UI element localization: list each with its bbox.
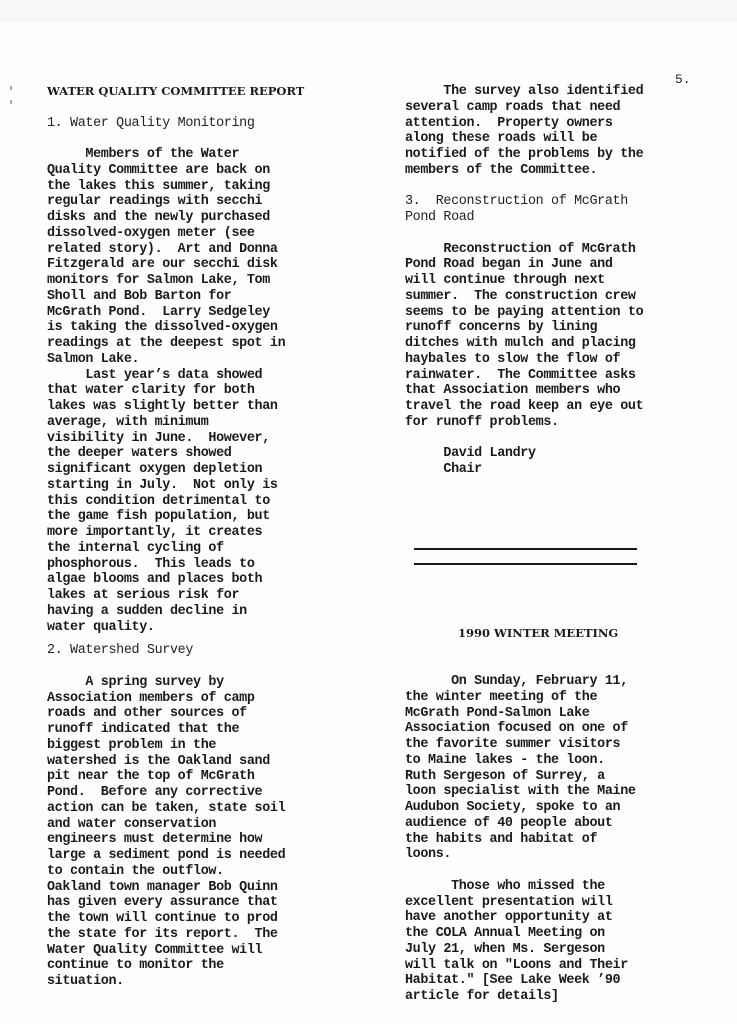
text-line: Audubon Society, spoke to an	[405, 800, 735, 816]
text-line: have another opportunity at	[405, 910, 735, 926]
text-line: roads and other sources of	[47, 706, 377, 722]
text-line: audience of 40 people about	[405, 816, 735, 832]
text-line: pit near the top of McGrath	[47, 769, 377, 785]
reconstruction-paragraph: Reconstruction of McGrathPond Road began…	[405, 242, 735, 431]
text-line: watershed is the Oakland sand	[47, 754, 377, 770]
text-line: haybales to slow the flow of	[405, 352, 735, 368]
text-line: On Sunday, February 11,	[405, 674, 735, 690]
text-line: to Maine lakes - the loon.	[405, 753, 735, 769]
section-heading-reconstruction: 3. Reconstruction of McGrathPond Road	[405, 194, 735, 226]
report-title: WATER QUALITY COMMITTEE REPORT	[47, 84, 377, 100]
monitoring-paragraph-2: Last year’s data showedthat water clarit…	[47, 368, 377, 636]
text-line: Association members of camp	[47, 691, 377, 707]
meeting-paragraph-1: On Sunday, February 11,the winter meetin…	[405, 674, 735, 863]
text-line: attention. Property owners	[405, 116, 735, 132]
text-line: McGrath Pond-Salmon Lake	[405, 706, 735, 722]
watershed-paragraph-2: The survey also identifiedseveral camp r…	[405, 84, 735, 179]
text-line: situation.	[47, 974, 377, 990]
newsletter-page: 5. WATER QUALITY COMMITTEE REPORT 1. Wat…	[0, 22, 737, 1024]
text-line: starting in July. Not only is	[47, 478, 377, 494]
text-line: runoff indicated that the	[47, 722, 377, 738]
section-heading-watershed: 2. Watershed Survey	[47, 643, 377, 659]
text-line: the state for its report. The	[47, 927, 377, 943]
text-line: loon specialist with the Maine	[405, 784, 735, 800]
winter-meeting-body: On Sunday, February 11,the winter meetin…	[405, 674, 735, 1005]
text-line: several camp roads that need	[405, 100, 735, 116]
text-line: A spring survey by	[47, 675, 377, 691]
text-line: the habits and habitat of	[405, 832, 735, 848]
text-line: monitors for Salmon Lake, Tom	[47, 273, 377, 289]
text-line: the internal cycling of	[47, 541, 377, 557]
left-column: WATER QUALITY COMMITTEE REPORT 1. Water …	[47, 84, 377, 990]
text-line: members of the Committee.	[405, 163, 735, 179]
text-line: Reconstruction of McGrath	[405, 242, 735, 258]
text-line: Water Quality Committee will	[47, 943, 377, 959]
text-line: Sholl and Bob Barton for	[47, 289, 377, 305]
text-line: July 21, when Ms. Sergeson	[405, 942, 735, 958]
watershed-paragraph-1: A spring survey byAssociation members of…	[47, 675, 377, 990]
text-line: Oakland town manager Bob Quinn	[47, 880, 377, 896]
text-line: and water conservation	[47, 817, 377, 833]
text-line: has given every assurance that	[47, 895, 377, 911]
text-line: notified of the problems by the	[405, 147, 735, 163]
text-line: that Association members who	[405, 383, 735, 399]
text-line: loons.	[405, 847, 735, 863]
text-line: biggest problem in the	[47, 738, 377, 754]
text-line: The survey also identified	[405, 84, 735, 100]
text-line: this condition detrimental to	[47, 494, 377, 510]
text-line: seems to be paying attention to	[405, 305, 735, 321]
text-line: will talk on "Loons and Their	[405, 958, 735, 974]
text-line: Members of the Water	[47, 147, 377, 163]
divider-rule-top	[414, 548, 637, 550]
text-line: lakes was slightly better than	[47, 399, 377, 415]
text-line: the deeper waters showed	[47, 446, 377, 462]
text-line: lakes at serious risk for	[47, 588, 377, 604]
monitoring-paragraph-1: Members of the WaterQuality Committee ar…	[47, 147, 377, 368]
text-line: action can be taken, state soil	[47, 801, 377, 817]
text-line: having a sudden decline in	[47, 604, 377, 620]
text-line: large a sediment pond is needed	[47, 848, 377, 864]
text-line: average, with minimum	[47, 415, 377, 431]
text-line: along these roads will be	[405, 131, 735, 147]
text-line: excellent presentation will	[405, 895, 735, 911]
text-line: continue to monitor the	[47, 958, 377, 974]
text-line: travel the road keep an eye out	[405, 399, 735, 415]
text-line: Pond Road	[405, 210, 735, 226]
right-column: The survey also identifiedseveral camp r…	[405, 84, 735, 478]
text-line: for runoff problems.	[405, 415, 735, 431]
text-line: the town will continue to prod	[47, 911, 377, 927]
text-line: Ruth Sergeson of Surrey, a	[405, 769, 735, 785]
text-line: summer. The construction crew	[405, 289, 735, 305]
text-line: the favorite summer visitors	[405, 737, 735, 753]
text-line: article for details]	[405, 989, 735, 1005]
text-line: dissolved-oxygen meter (see	[47, 226, 377, 242]
text-line: phosphorous. This leads to	[47, 557, 377, 573]
text-line: is taking the dissolved-oxygen	[47, 320, 377, 336]
text-line: readings at the deepest spot in	[47, 336, 377, 352]
winter-meeting-title: 1990 WINTER MEETING	[458, 626, 618, 640]
text-line: ditches with mulch and placing	[405, 336, 735, 352]
text-line: rainwater. The Committee asks	[405, 368, 735, 384]
meeting-paragraph-2: Those who missed theexcellent presentati…	[405, 879, 735, 1005]
text-line: Habitat." [See Lake Week ’90	[405, 973, 735, 989]
text-line: regular readings with secchi	[47, 194, 377, 210]
text-line: disks and the newly purchased	[47, 210, 377, 226]
scan-speck	[10, 100, 12, 104]
text-line: water quality.	[47, 620, 377, 636]
text-line: visibility in June. However,	[47, 431, 377, 447]
text-line: that water clarity for both	[47, 383, 377, 399]
text-line: Fitzgerald are our secchi disk	[47, 257, 377, 273]
text-line: the lakes this summer, taking	[47, 179, 377, 195]
text-line: the winter meeting of the	[405, 690, 735, 706]
text-line: 3. Reconstruction of McGrath	[405, 194, 735, 210]
text-line: Salmon Lake.	[47, 352, 377, 368]
signature-role: Chair	[405, 462, 735, 478]
text-line: runoff concerns by lining	[405, 320, 735, 336]
text-line: algae blooms and places both	[47, 572, 377, 588]
text-line: engineers must determine how	[47, 832, 377, 848]
text-line: McGrath Pond. Larry Sedgeley	[47, 305, 377, 321]
text-line: Last year’s data showed	[47, 368, 377, 384]
text-line: the COLA Annual Meeting on	[405, 926, 735, 942]
divider-rule-bottom	[414, 563, 637, 565]
text-line: Pond. Before any corrective	[47, 785, 377, 801]
text-line: more importantly, it creates	[47, 525, 377, 541]
text-line: Pond Road began in June and	[405, 257, 735, 273]
text-line: will continue through next	[405, 273, 735, 289]
text-line: related story). Art and Donna	[47, 242, 377, 258]
text-line: to contain the outflow.	[47, 864, 377, 880]
text-line: Association focused on one of	[405, 721, 735, 737]
section-heading-monitoring: 1. Water Quality Monitoring	[47, 116, 377, 132]
text-line: the game fish population, but	[47, 509, 377, 525]
signature-name: David Landry	[405, 446, 735, 462]
text-line: Quality Committee are back on	[47, 163, 377, 179]
scan-speck	[10, 86, 12, 90]
text-line: Those who missed the	[405, 879, 735, 895]
text-line: significant oxygen depletion	[47, 462, 377, 478]
